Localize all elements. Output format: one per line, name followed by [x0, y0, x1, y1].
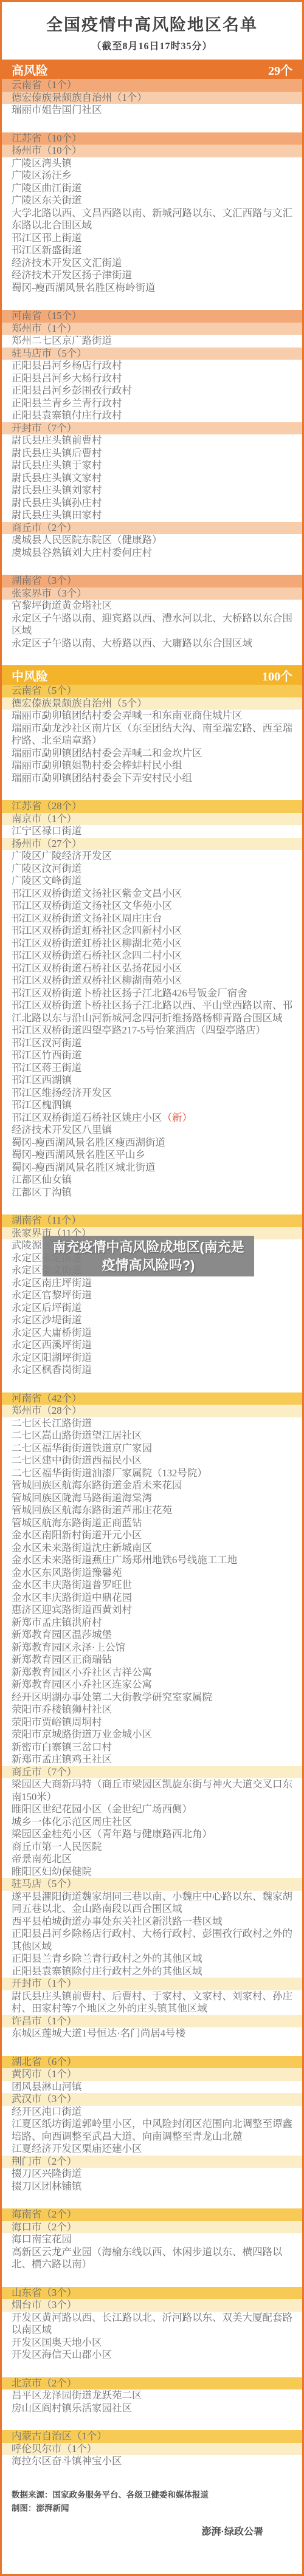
city-row: 扬州市（10个）: [2, 145, 302, 157]
area-item: 经济技术开发区八里镇: [2, 1124, 302, 1137]
area-item: 高新区云龙产业园（海榆东线以西、休闲步道以东、横四路以北、横六路以南）: [2, 2246, 302, 2271]
area-item: 新郑市孟庄镇鸡王社区: [2, 1753, 302, 1766]
area-item: 邗江区双桥街道虹桥社区柳湖北苑小区: [2, 937, 302, 950]
area-item: 经开区沌口街道: [2, 2106, 302, 2119]
area-item: 梁园区金桂苑小区（青年路与健康路西北角）: [2, 1828, 302, 1841]
city-row: 郑州市（1个）: [2, 323, 302, 335]
area-item: 江夏区纸坊街道郭岭里小区，中风险封闭区范围向北调整至谭鑫培路、向西调整至武昌大道…: [2, 2118, 302, 2143]
province-row: 湖南省（3个）: [2, 575, 302, 587]
title-block: 全国疫情中高风险地区名单 （截至8月16日17时35分）: [2, 2, 302, 60]
area-item: 邗江区双桥街道文扬社区文华苑小区: [2, 900, 302, 913]
area-item: 新郑教育园区小乔社区连家公寓: [2, 1679, 302, 1691]
area-item: 昌平区龙泽园街道龙跃苑二区: [2, 2389, 302, 2402]
area-item: 邗江区双桥街道双桥社区柳湖南苑小区: [2, 975, 302, 987]
area-item: 正阳县吕河乡大杨行政村: [2, 372, 302, 385]
footer-data-source: 数据来源：国家政务服务平台、各级卫健委和媒体报道: [12, 2489, 292, 2502]
footer-credit: 制图：澎湃新闻: [12, 2502, 292, 2515]
city-row: 开封市（7个）: [2, 422, 302, 435]
area-item: 尉氏县庄头镇于家村: [2, 459, 302, 472]
area-item: 新郑教育园区永泽·上公馆: [2, 1642, 302, 1654]
city-row: 南京市（1个）: [2, 813, 302, 826]
area-item: 海口南宝花园: [2, 2233, 302, 2246]
area-item: 惠济区迎宾路街道西黄刘村: [2, 1604, 302, 1617]
area-item: 二七区福华街街道油漆厂家属院（132号院）: [2, 1467, 302, 1480]
area-item: 房山区阎村镇乐活家园社区: [2, 2402, 302, 2415]
group-gap: [2, 559, 302, 575]
city-row: 许昌市（1个）: [2, 2015, 302, 2028]
group-gap: [2, 2040, 302, 2056]
city-row: 驻马店（5个）: [2, 1878, 302, 1891]
area-item: 邗江区西湖镇: [2, 1074, 302, 1087]
city-row: 黄冈市（1个）: [2, 2068, 302, 2081]
group-gap: [2, 649, 302, 665]
area-item: 城乡一体化示范区周庄社区: [2, 1816, 302, 1829]
area-item: 邗江区双桥街道卜桥社区扬子江北路426号钣金厂宿舍: [2, 987, 302, 1000]
area-item: 尉氏县庄头镇前曹村: [2, 434, 302, 447]
area-item: 永定区大庸桥街道: [2, 1327, 302, 1340]
group-gap: [2, 784, 302, 800]
city-row: 扬州市（27个）: [2, 838, 302, 851]
province-row: 山东省（3个）: [2, 2287, 302, 2300]
area-item: 邗江区双桥街道虹桥社区念四新村小区: [2, 925, 302, 937]
area-item: 邗江区汊河街道: [2, 1037, 302, 1050]
city-row: 张家界市（3个）: [2, 587, 302, 600]
group-gap: [2, 1377, 302, 1392]
area-item: 开发区黄河路以西、长江路以北、沂河路以东、双美大厦配套路以南区域: [2, 2312, 302, 2337]
publisher-logo: 澎湃·绿政公署: [12, 2524, 292, 2538]
group-gap: [2, 117, 302, 132]
page-title: 全国疫情中高风险地区名单: [8, 12, 296, 35]
area-item: 二七区福华街街道铁道京广家园: [2, 1442, 302, 1455]
area-item: 永定区官黎坪街道: [2, 1289, 302, 1302]
area-item: 瑞丽市勐卯镇姐勒村委会棒蚌村民小组: [2, 759, 302, 772]
area-item: 掇刀区团林铺镇: [2, 2180, 302, 2193]
area-item: 尉氏县庄头镇刘家村: [2, 484, 302, 497]
province-row: 云南省（5个）: [2, 685, 302, 697]
area-item: 官黎坪街道黄金塔社区: [2, 600, 302, 612]
area-item: 新郑教育园区小乔社区吉祥公寓: [2, 1667, 302, 1679]
area-item: 正阳县袁寨镇付庄行政村: [2, 409, 302, 422]
area-item: 邗江区双桥街道四望亭路217-5号怡莱酒店（四望亭路店）: [2, 1024, 302, 1037]
area-item: 尉氏县庄头镇前曹村、后曹村、于家村、文家村、刘家村、孙庄村、田家村等7个地区之外…: [2, 1990, 302, 2015]
area-item: 正阳县兰青乡除兰青行政村之外的其他区域: [2, 1953, 302, 1965]
area-item: 金水区东风路街道豫馨苑: [2, 1567, 302, 1580]
footer: 数据来源：国家政务服务平台、各级卫健委和媒体报道 制图：澎湃新闻 澎湃·绿政公署: [2, 2489, 302, 2538]
area-item: 团风县淋山河镇: [2, 2081, 302, 2094]
area-item: 永定区沙堤街道: [2, 1314, 302, 1327]
area-item: 永定区子午路以南、大桥路以西、大庸路以东合围区域: [2, 637, 302, 650]
area-item: 瑞丽市勐龙沙社区南片区（东至团结大沟、南至瑞宏路、西至瑞柠路、北至瑞章路）: [2, 722, 302, 747]
section-count: 29个: [268, 61, 292, 78]
city-row: 开封市（1个）: [2, 1978, 302, 1990]
area-item: 永定区西溪坪街道: [2, 1339, 302, 1352]
province-row: 江苏省（28个）: [2, 800, 302, 813]
group-gap: [2, 2271, 302, 2287]
city-row: 德宏傣族景颇族自治州（1个）: [2, 92, 302, 104]
area-item: 二七区建中街街道西福民小区: [2, 1454, 302, 1467]
area-item: 永定区后坪街道: [2, 1302, 302, 1315]
area-item: 虞城县人民医院东院区（健康路）: [2, 534, 302, 547]
area-item: 邗江区双桥街道卜桥社区扬子江北路以西、平山堂西路以南、邗江北路以东与沿山河新城河…: [2, 999, 302, 1024]
area-item: 永定区阳湖坪街道: [2, 1352, 302, 1365]
city-row: 海口市（2个）: [2, 2221, 302, 2234]
area-item: 尉氏县庄头镇田家村: [2, 509, 302, 522]
city-row: 商丘市（2个）: [2, 522, 302, 535]
area-item: 荥阳市京城路街道万业金城小区: [2, 1728, 302, 1741]
province-row: 湖北省（6个）: [2, 2056, 302, 2069]
area-item: 永定区南庄坪街道: [2, 1277, 302, 1290]
area-item: 虞城县谷熟镇刘大庄村委何庄村: [2, 547, 302, 560]
area-item: 经济技术开发区文汇街道: [2, 257, 302, 270]
area-item: 邗江区双桥街道石桥社区念四二村小区: [2, 950, 302, 962]
province-row: 海南省（2个）: [2, 2208, 302, 2221]
area-item: 正阳县袁寨镇除付庄行政村之外的其他区域: [2, 1965, 302, 1978]
city-row: 德宏傣族景颇族自治州（5个）: [2, 697, 302, 710]
area-item: 永定区枫香岗街道: [2, 1364, 302, 1377]
area-item: 蜀冈-瘦西湖风景名胜区城北街道: [2, 1162, 302, 1174]
province-row: 河南省（15个）: [2, 310, 302, 323]
area-item: 睢阳区妇幼保健院: [2, 1866, 302, 1879]
area-item: 金水区南阳新村街道开元小区: [2, 1529, 302, 1542]
area-item: 管城回族区航海东路街道芦邢庄花苑: [2, 1504, 302, 1517]
area-item: 蜀冈-瘦西湖风景名胜区平山乡: [2, 1149, 302, 1162]
area-item: 正阳县吕河乡杨店行政村: [2, 360, 302, 372]
province-row: 云南省（1个）: [2, 79, 302, 92]
area-item: 管城区航海东路街道正商蓝钻: [2, 1517, 302, 1530]
city-row: 驻马店市（5个）: [2, 348, 302, 360]
area-item: 永定区子午路以南、迎宾路以西、澧水河以北、大桥路以东合围区域: [2, 612, 302, 637]
section-label: 中风险: [12, 666, 48, 684]
area-item: 管城回族区航海东路街道金盾未来花园: [2, 1479, 302, 1492]
area-item: 金水区丰庆路街道中鼎花园: [2, 1592, 302, 1605]
area-item: 广陵区广陵经济开发区: [2, 850, 302, 863]
city-row: 荆门市（2个）: [2, 2156, 302, 2168]
area-item: 东城区莲城大道1号恒达·名门尚居4号楼: [2, 2027, 302, 2040]
province-row: 内蒙古自治区（1个）: [2, 2430, 302, 2443]
watermark-overlay: 南充疫情中高风险成地区(南充是疫情高风险吗?): [43, 1236, 254, 1276]
group-gap: [2, 2362, 302, 2377]
area-item: 正阳县吕河乡彭围孜行政村: [2, 385, 302, 397]
area-item: 管城回族区陇海马路街道海棠湾: [2, 1492, 302, 1505]
area-item: 西平县柏城街道办事处东关社区新洪路一巷区域: [2, 1916, 302, 1928]
page-subtitle: （截至8月16日17时35分）: [8, 38, 296, 52]
area-item: 郑州二七区京广路街道: [2, 335, 302, 348]
risk-area-infographic: 全国疫情中高风险地区名单 （截至8月16日17时35分） 高风险29个云南省（1…: [0, 0, 304, 2576]
area-item: 广陵区汤汪乡: [2, 170, 302, 182]
area-item: 邗江区双桥街道石桥社区姚庄小区（新）: [2, 1112, 302, 1125]
area-item: 邗江区新盛街道: [2, 244, 302, 257]
area-item: 尉氏县庄头镇文家村: [2, 472, 302, 485]
area-item: 邗江区竹西街道: [2, 1049, 302, 1062]
area-item: 二七区长江路街道: [2, 1417, 302, 1430]
section-header-high-risk: 高风险29个: [2, 60, 302, 79]
area-item: 正阳县兰青乡兰青行政村: [2, 397, 302, 410]
province-row: 北京市（2个）: [2, 2377, 302, 2390]
area-item: 邗江区维扬经济开发区: [2, 1087, 302, 1100]
section-label: 高风险: [12, 61, 48, 78]
area-item: 江都区丁沟镇: [2, 1187, 302, 1199]
group-gap: [2, 2193, 302, 2208]
city-row: 烟台市（3个）: [2, 2299, 302, 2312]
area-item: 广陵区东关街道: [2, 194, 302, 207]
city-row: 郑州市（28个）: [2, 1405, 302, 1417]
area-item: 金水区未来路街道沈庄新城南区: [2, 1542, 302, 1555]
group-gap: [2, 2414, 302, 2430]
area-item: 帝景南苑北区: [2, 1853, 302, 1866]
area-item: 邗江区蒋王街道: [2, 1062, 302, 1075]
area-item: 新郑教育园区正商瑞钻: [2, 1654, 302, 1667]
area-item: 蜀冈-瘦西湖风景名胜区梅岭街道: [2, 282, 302, 295]
area-item: 尉氏县庄头镇孙庄村: [2, 497, 302, 510]
area-item: 瑞丽市勐卯镇团结村委会弄喊二和金坎片区: [2, 747, 302, 760]
area-item: 广陵区汶河街道: [2, 863, 302, 875]
group-gap: [2, 2468, 302, 2476]
city-row: 商丘市（7个）: [2, 1766, 302, 1779]
province-row: 江苏省（10个）: [2, 132, 302, 145]
area-item: 广陵区湾头镇: [2, 157, 302, 170]
area-item: 梁园区大商新玛特（商丘市梁园区凯旋东街与神火大道交叉口东南150米）: [2, 1778, 302, 1803]
area-item: 瑞丽市姐告国门社区: [2, 104, 302, 117]
watermark-text: 南充疫情中高风险成地区(南充是疫情高风险吗?): [46, 1238, 250, 1274]
area-item: 荥阳市贾峪镇周垌村: [2, 1716, 302, 1729]
area-item: 江都区仙女镇: [2, 1174, 302, 1187]
area-item: 江宁区禄口街道: [2, 825, 302, 838]
area-item: 遂平县灈阳街道魏家胡同三巷以南、小魏庄中心路以东、魏家胡同五巷以北、金山路南段以…: [2, 1891, 302, 1916]
area-item: 瑞丽市勐卯镇团结村委会弄喊一和东南亚商住城片区: [2, 710, 302, 722]
area-item: 江夏经济开发区栗庙还建小区: [2, 2143, 302, 2156]
area-item: 正阳县吕河乡除杨店行政村、大杨行政村、彭围孜行政村之外的其他区域: [2, 1928, 302, 1953]
area-item: 开发区国奥天地小区: [2, 2337, 302, 2349]
area-item: 开发区海信天山郡小区: [2, 2349, 302, 2362]
area-item: 掇刀区兴隆街道: [2, 2168, 302, 2180]
area-item: 新密市白寨镇三岔口村: [2, 1741, 302, 1754]
area-item: 蜀冈-瘦西湖风景名胜区瘦西湖街道: [2, 1137, 302, 1149]
area-item: 大学北路以西、文昌西路以南、新城河路以东、文汇西路与文汇东路以北合围区域: [2, 207, 302, 232]
area-item: 广陵区文峰街道: [2, 875, 302, 888]
group-gap: [2, 1199, 302, 1214]
province-row: 河南省（42个）: [2, 1392, 302, 1405]
area-item: 新郑教育园区温莎城堡: [2, 1629, 302, 1642]
area-item: 邗江区双桥街道文扬社区紫金文昌小区: [2, 888, 302, 900]
area-item: 邗江区槐泗镇: [2, 1099, 302, 1112]
area-item: 瑞丽市勐卯镇团结村委会下弄安村民小组: [2, 772, 302, 785]
city-row: 武汉市（3个）: [2, 2093, 302, 2106]
area-item: 邗江区双桥街道文扬社区周庄庄台: [2, 913, 302, 925]
area-item: 商丘市第一人民医院: [2, 1841, 302, 1854]
new-tag: （新）: [162, 1112, 193, 1123]
area-item: 邗江区双桥街道石桥社区弘扬花园小区: [2, 962, 302, 975]
area-item: 经开区明湖办事处第二大街教学研究室家属院: [2, 1691, 302, 1704]
section-count: 100个: [262, 666, 292, 684]
area-item: 金水区丰庆路街道普罗旺世: [2, 1579, 302, 1592]
province-row: 湖南省（11个）: [2, 1214, 302, 1227]
area-item: 邗江区邗上街道: [2, 232, 302, 245]
area-item: 海拉尔区奋斗镇神宝小区: [2, 2455, 302, 2468]
city-row: 呼伦贝尔市（1个）: [2, 2443, 302, 2456]
area-item: 金水区未来路街道燕庄广场郑州地铁6号线施工工地: [2, 1554, 302, 1567]
area-item: 新郑市孟庄镇洪府村: [2, 1617, 302, 1629]
area-item: 广陵区曲江街道: [2, 182, 302, 195]
area-item: 经济技术开发区扬子津街道: [2, 269, 302, 282]
area-item: 二七区嵩山路街道望江居社区: [2, 1430, 302, 1442]
area-item: 睢阳区世纪花园小区（金世纪广场西侧）: [2, 1803, 302, 1816]
area-item: 尉氏县庄头镇后曹村: [2, 447, 302, 460]
area-item: 荥阳市乔楼镇狮村社区: [2, 1704, 302, 1716]
group-gap: [2, 294, 302, 310]
area-item-text: 邗江区双桥街道石桥社区姚庄小区: [12, 1112, 162, 1123]
section-header-medium-risk: 中风险100个: [2, 665, 302, 685]
